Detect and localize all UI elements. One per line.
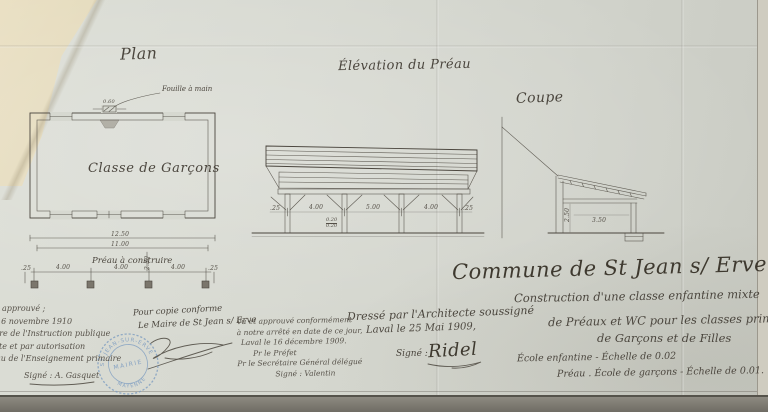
plan-dim-total: 12.50 (111, 231, 129, 238)
coupe-title: Coupe (516, 89, 564, 107)
ministry-line: approuvé ; (2, 303, 121, 316)
plan-span-end-right: .25 (208, 265, 218, 272)
paper-bottom-edge-shadow (0, 395, 768, 412)
elev-span-1: 4.00 (309, 204, 323, 211)
plan-note-label: Fouille à main (162, 85, 212, 93)
ministry-line: te et par autorisation (0, 341, 121, 354)
elevation-title: Élévation du Préau (338, 57, 471, 74)
elev-fraction-bottom: 0.20 (326, 223, 337, 229)
elevation-drawing (252, 146, 484, 237)
plan-span-3: 4.00 (171, 264, 185, 271)
coupe-dim-horizontal: 3.50 (592, 217, 606, 224)
elev-span-end-left: .25 (270, 205, 280, 212)
coupe-section-drawing (502, 117, 664, 241)
plan-preau-label: Préau à construire (92, 256, 172, 266)
architect-signed-label: Signé : (396, 349, 428, 359)
ministry-line: Signé : A. Gasquet (24, 370, 121, 383)
elev-span-end-right: .25 (463, 205, 473, 212)
ministry-line: au de l'Enseignement primaire (0, 353, 121, 366)
plan-dim-height: 2.50 (144, 256, 151, 270)
elev-span-3: 4.00 (424, 204, 438, 211)
prefect-line: Signé : Valentin (275, 367, 363, 379)
elev-span-2: 5.00 (366, 204, 380, 211)
architect-signature: Ridel (427, 339, 477, 363)
plan-floorplan (30, 93, 215, 220)
plan-dim-inner: 11.00 (111, 241, 129, 248)
plan-span-2: 4.00 (114, 264, 128, 271)
scanned-architectural-drawing: ST-JEAN-SUR-ERVE MAYENNE MAIRIE Plan Élé… (0, 0, 768, 412)
prefect-line: Laval le 16 décembre 1909. (241, 336, 363, 349)
plan-span-1: 4.00 (56, 264, 70, 271)
ministry-line: tre de l'Instruction publique (0, 328, 121, 341)
project-line-3: de Garçons et de Filles (597, 331, 731, 345)
plan-room-label: Classe de Garçons (88, 161, 220, 176)
coupe-dim-vertical: 2.50 (564, 208, 571, 222)
plan-vent-dimension: 0.60 (103, 99, 115, 105)
plan-title: Plan (120, 43, 158, 63)
elev-fraction: 0.20 0.20 (326, 218, 337, 229)
prefect-line: Pr le Secrétaire Général délégué (237, 357, 363, 370)
ministry-line: 16 novembre 1910 (0, 316, 121, 329)
ministry-approval-block: approuvé ; 16 novembre 1910 tre de l'Ins… (0, 303, 121, 382)
plan-span-end-left: .25 (21, 265, 31, 272)
